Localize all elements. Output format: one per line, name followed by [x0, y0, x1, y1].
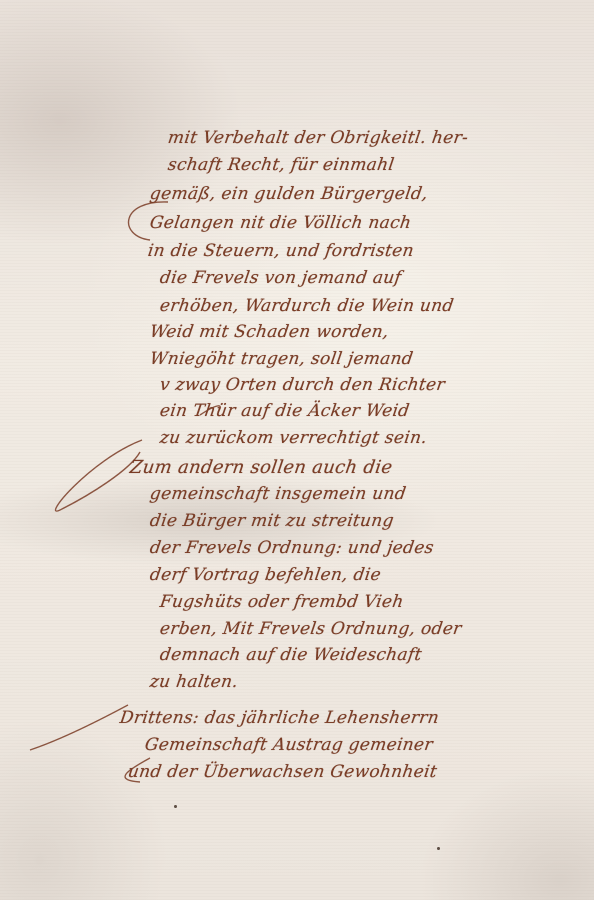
manuscript-line: v zway Orten durch den Richter — [159, 375, 447, 395]
manuscript-line: Gelangen nit die Völlich nach — [149, 213, 413, 233]
manuscript-line: und der Überwachsen Gewohnheit — [127, 762, 439, 782]
manuscript-line: erhöben, Wardurch die Wein und — [159, 296, 455, 316]
manuscript-line: Weid mit Schaden worden, — [149, 322, 390, 342]
manuscript-line: ein Thür auf die Äcker Weid — [159, 401, 411, 421]
manuscript-line: derf Vortrag befehlen, die — [149, 565, 383, 585]
manuscript-line: gemäß, ein gulden Bürgergeld, — [149, 184, 430, 204]
manuscript-line: die Bürger mit zu streitung — [149, 511, 396, 531]
manuscript-line: Gemeinschaft Austrag gemeiner — [144, 735, 435, 755]
manuscript-line: gemeinschaft insgemein und — [149, 484, 408, 504]
manuscript-line: Zum andern sollen auch die — [129, 457, 394, 478]
ink-spot — [174, 805, 177, 808]
manuscript-line: zu halten. — [149, 672, 240, 692]
manuscript-line: Drittens: das jährliche Lehensherrn — [119, 708, 441, 728]
manuscript-line: in die Steuern, und fordristen — [147, 241, 416, 261]
manuscript-line: mit Verbehalt der Obrigkeitl. her- — [167, 128, 470, 148]
manuscript-line: der Frevels Ordnung: und jedes — [149, 538, 435, 558]
manuscript-line: schaft Recht, für einmahl — [167, 155, 396, 175]
manuscript-line: zu zurückom verrechtigt sein. — [159, 428, 429, 448]
manuscript-line: Fugshüts oder frembd Vieh — [159, 592, 405, 612]
manuscript-page: mit Verbehalt der Obrigkeitl. her- schaf… — [0, 0, 594, 900]
manuscript-line: Wniegöht tragen, soll jemand — [149, 349, 415, 369]
manuscript-line: erben, Mit Frevels Ordnung, oder — [159, 619, 463, 639]
manuscript-line: demnach auf die Weideschaft — [159, 645, 423, 665]
manuscript-line: die Frevels von jemand auf — [159, 268, 403, 288]
ink-spot — [437, 847, 440, 850]
